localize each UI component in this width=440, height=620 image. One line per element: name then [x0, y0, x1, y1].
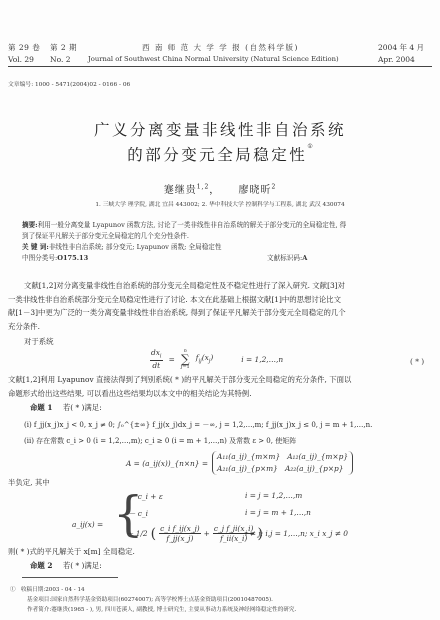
block-matrix: A₁₁(a_ij)_{m×m} A₁₂(a_ij)_{m×p} A₂₁(a_ij…: [212, 451, 353, 475]
aij-case-3: － 1/2 ( c_i f_ij(x_j)f_jj(x_j) + c_j f_j…: [126, 524, 263, 543]
intro-line-4: 充分条件.: [8, 320, 436, 334]
aij-case-2-cond: i = j = m + 1,…,n: [245, 508, 311, 517]
footnote-mark: ①: [10, 587, 16, 593]
matrix-equation: A = (a_ij(x))_{n×n} = A₁₁(a_ij)_{m×m} A₁…: [126, 451, 353, 475]
title-line-1: 广义分离变量非线性非自治系统: [0, 118, 440, 140]
received-date: 2003 - 04 - 14: [45, 587, 84, 593]
authors: 蹇继贵1,2， 廖晓昕2: [0, 181, 440, 196]
author-2: 廖晓昕: [238, 185, 271, 196]
condition-i: (i) f_jj(x_j)x_j < 0, x_j ≠ 0; ∫₀^{±∞} f…: [24, 419, 372, 433]
proposition-2: 命题 2 若( * )满足:: [30, 559, 102, 573]
summation: n ∑ j=1: [181, 348, 190, 370]
fund-text: 国家自然科学基金资助项目(60274007); 高等学校博士点基金资助项目(20…: [51, 597, 273, 603]
intro-line-2: 一类非线性非自治系统部分变元全局稳定性进行了讨论. 本文在此基础上根据文献[1]…: [8, 293, 436, 307]
semi-negative-text: 半负定, 其中: [8, 476, 50, 490]
matrix-lhs: A = (a_ij(x))_{n×n} =: [126, 459, 208, 468]
prop1-text: 若( * )满足:: [63, 403, 102, 412]
title-line-2: 的部分变元全局稳定性①: [0, 143, 440, 165]
footnote-rule: [22, 577, 118, 578]
author-2-affil: 2: [271, 184, 276, 191]
paragraph-2: 文献[1,2]利用 Lyapunov 直接法得到了判别系统( * )的平凡解关于…: [8, 373, 436, 400]
header-rule: [8, 66, 432, 67]
keywords-label: 关 键 词:: [22, 243, 49, 251]
clc-number: O175.13: [57, 254, 88, 262]
date-en: Apr. 2004: [378, 55, 415, 64]
affiliation: 1. 三峡大学 理学院, 湖北 宜昌 443002; 2. 华中科技大学 控制科…: [0, 199, 440, 208]
received-label: 收稿日期:: [21, 587, 45, 593]
intro-line-3: 献[1－3]中更为广泛的一类分离变量非线性非自治系统, 得到了保证平凡解关于部分…: [8, 306, 436, 320]
equation-condition: i = 1,2,…,n: [241, 355, 283, 364]
doc-code: A: [302, 254, 307, 262]
intro-paragraph: 文献[1,2]对分离变量非线性自治系统的部分变元全局稳定性及不稳定性进行了深入研…: [8, 279, 436, 333]
equation-star: dxi dt = n ∑ j=1 fij(xj) i = 1,2,…,n: [150, 348, 283, 370]
doc-code-label: 文献标识码:: [267, 254, 302, 262]
condition-ii: (ii) 存在常数 c_i > 0 (i = 1,2,…,m); c_i ≥ 0…: [24, 435, 296, 449]
aij-case-2: － c_i: [128, 508, 148, 519]
issue-cn: 第 2 期: [50, 42, 77, 53]
author-separator: ，: [209, 185, 220, 196]
abstract-text-2: 到了保证平凡解关于部分变元全局稳定的几个充分性条件.: [22, 231, 432, 242]
clc-label: 中图分类号:: [22, 254, 57, 262]
bio-text: 蹇继贵(1965 - ), 男, 四川苍溪人, 副教授, 博士研究生, 主要从事…: [51, 607, 296, 613]
title-line-2-text: 的部分变元全局稳定性: [127, 146, 307, 164]
aij-case-1: － c_i + ε: [128, 491, 163, 502]
aij-case-3-cond: i ≠ j; i,j = 1,…,n; x_i x_j ≠ 0: [245, 529, 348, 538]
abstract-text-1: 利用一般分离变量 Lyapunov 函数方法, 讨论了一类非线性非自治系统的解关…: [38, 221, 347, 229]
system-intro: 对于系统: [24, 335, 54, 349]
issue-en: No. 2: [50, 55, 71, 64]
author-1-affil: 1,2: [197, 184, 210, 191]
title-footnote-mark: ①: [307, 143, 312, 150]
author-1: 蹇继贵: [164, 185, 197, 196]
keywords: 非线性非自治系统; 部分变元; Lyapunov 函数; 全局稳定性: [49, 243, 222, 251]
volume-en: Vol. 29: [8, 55, 34, 64]
prop1-label: 命题 1: [30, 403, 53, 412]
journal-name-en: Journal of Southwest China Normal Univer…: [88, 55, 339, 63]
date-cn: 2004 年 4 月: [378, 42, 424, 53]
prop2-label: 命题 2: [30, 561, 53, 570]
proposition-1: 命题 1 若( * )满足:: [30, 401, 102, 415]
aij-lhs: a_ij(x) =: [72, 520, 103, 529]
conclusion: 则( * )式的平凡解关于 x[m] 全局稳定.: [8, 545, 135, 559]
aij-case-1-cond: i = j = 1,2,…,m: [245, 491, 302, 500]
abstract: 摘要:利用一般分离变量 Lyapunov 函数方法, 讨论了一类非线性非自治系统…: [22, 220, 432, 264]
abstract-label: 摘要:: [22, 221, 38, 229]
para2-line-1: 文献[1,2]利用 Lyapunov 直接法得到了判别系统( * )的平凡解关于…: [8, 373, 436, 387]
prop2-text: 若( * )满足:: [63, 561, 102, 570]
volume-cn: 第 29 卷: [8, 42, 40, 53]
intro-line-1: 文献[1,2]对分离变量非线性自治系统的部分变元全局稳定性及不稳定性进行了深入研…: [8, 279, 436, 293]
derivative-fraction: dxi dt: [150, 348, 163, 369]
fund-label: 基金项目:: [27, 597, 51, 603]
equation-label: ( * ): [410, 357, 424, 366]
para2-line-2: 命题形式给出这些结果, 可以看出这些结果均以本文中的相关结论为其特例.: [8, 387, 436, 401]
article-number: 文章编号: 1000 - 5471(2004)02 - 0166 - 06: [8, 79, 130, 88]
journal-name-cn: 西 南 师 范 大 学 学 报 (自然科学版): [142, 42, 299, 53]
bio-label: 作者简介:: [27, 607, 51, 613]
footnote: ① 收稿日期:2003 - 04 - 14 基金项目:国家自然科学基金资助项目(…: [10, 585, 296, 615]
